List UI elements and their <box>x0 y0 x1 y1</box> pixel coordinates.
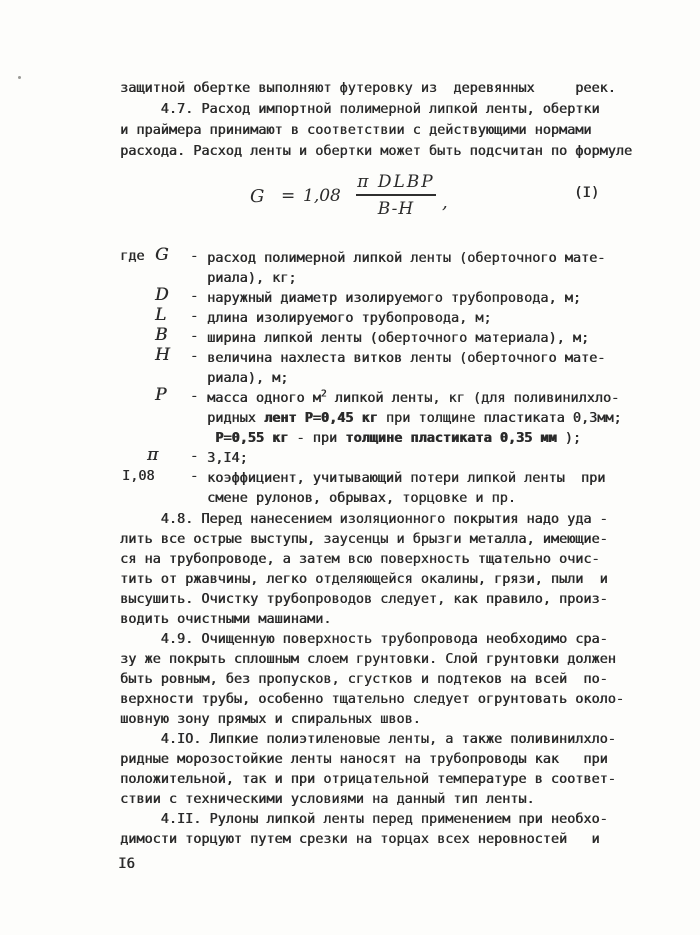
formula-comma: , <box>442 192 448 213</box>
formula-block: G = 1,08 π DLBP B-H , (I) <box>0 168 700 238</box>
text-line: и праймера принимают в соответствии с де… <box>120 120 665 141</box>
text-line: Р=0,55 кг - при толщине пластиката 0,35 … <box>207 428 645 448</box>
text-segment: - при <box>288 430 345 446</box>
definition-symbol: D <box>155 285 169 305</box>
text-line: риала), кг; <box>207 268 645 288</box>
text-line: величина нахлеста витков ленты (оберточн… <box>207 348 645 368</box>
text-line: димости торцуют путем срезки на торцах в… <box>120 829 665 849</box>
text-line: ширина липкой ленты (оберточного материа… <box>207 328 645 348</box>
formula-equals-sign: = <box>281 186 295 206</box>
text-line: расход полимерной липкой ленты (оберточн… <box>207 248 645 268</box>
paragraph-4-10: 4.IO. Липкие полиэтиленовые ленты, а так… <box>120 729 665 809</box>
definition-dash: - <box>190 468 198 484</box>
text-line: зу же покрыть сплошным слоем грунтовки. … <box>120 649 665 669</box>
text-line: ридных лент Р=0,45 кг при толщине пласти… <box>207 408 645 428</box>
definition-symbol: G <box>155 245 169 265</box>
paragraph-4-8: 4.8. Перед нанесением изоляционного покр… <box>120 509 665 629</box>
text-line: наружный диаметр изолируемого трубопрово… <box>207 288 645 308</box>
paragraph-4-11: 4.II. Рулоны липкой ленты перед применен… <box>120 809 665 849</box>
text-line: верхности трубы, особенно тщательно след… <box>120 689 665 709</box>
text-segment: масса одного м <box>207 390 321 406</box>
text-segment: липкой ленты, кг (для поливинилхло- <box>327 390 620 406</box>
text-line: положительной, так и при отрицательной т… <box>120 769 665 789</box>
definition-row: π-3,I4; <box>120 448 645 468</box>
definition-dash: - <box>190 448 198 464</box>
text-segment: при толщине пластиката 0,3мм; <box>378 410 622 426</box>
paragraph-4-9: 4.9. Очищенную поверхность трубопровода … <box>120 629 665 729</box>
text-line: лить все острые выступы, заусенцы и брыз… <box>120 529 665 549</box>
text-line: смене рулонов, обрывах, торцовке и пр. <box>207 488 645 508</box>
definition-dash: - <box>190 388 198 404</box>
text-line: 4.7. Расход импортной полимерной липкой … <box>120 99 665 120</box>
body-paragraphs: 4.8. Перед нанесением изоляционного покр… <box>120 509 665 849</box>
definition-symbol: B <box>155 325 168 345</box>
definition-dash: - <box>190 308 198 324</box>
text-line: 3,I4; <box>207 448 645 468</box>
definition-dash: - <box>190 328 198 344</box>
text-segment: ридных <box>207 410 264 426</box>
text-line: коэффициент, учитывающий потери липкой л… <box>207 468 645 488</box>
text-line: 4.8. Перед нанесением изоляционного покр… <box>120 509 665 529</box>
text-line: защитной обертке выполняют футеровку из … <box>120 78 665 99</box>
text-line: ридные морозостойкие ленты наносят на тр… <box>120 749 665 769</box>
text-line: шовную зону прямых и спиральных швов. <box>120 709 665 729</box>
document-page: защитной обертке выполняют футеровку из … <box>0 0 700 935</box>
definition-row: P-масса одного м2 липкой ленты, кг (для … <box>120 388 645 448</box>
formula-coefficient: 1,08 <box>303 186 341 206</box>
equation-number: (I) <box>574 185 599 201</box>
text-line: масса одного м2 липкой ленты, кг (для по… <box>207 388 645 408</box>
scan-artifact-dot <box>18 76 21 79</box>
text-line: расхода. Расход ленты и обертки может бы… <box>120 141 665 162</box>
definition-dash: - <box>190 348 198 364</box>
definition-symbol: H <box>155 345 170 365</box>
formula-lhs: G <box>250 186 264 207</box>
definition-row: D-наружный диаметр изолируемого трубопро… <box>120 288 645 308</box>
emphasized-text: толщине пластиката 0,35 мм <box>345 430 556 446</box>
text-line: 4.IO. Липкие полиэтиленовые ленты, а так… <box>120 729 665 749</box>
text-line: 4.9. Очищенную поверхность трубопровода … <box>120 629 665 649</box>
definition-row: B-ширина липкой ленты (оберточного матер… <box>120 328 645 348</box>
definition-dash: - <box>190 248 198 264</box>
emphasized-text: лент Р=0,45 кг <box>264 410 378 426</box>
text-line: ся на трубопроводе, а затем всю поверхно… <box>120 549 665 569</box>
text-line: высушить. Очистку трубопроводов следует,… <box>120 589 665 609</box>
formula-denominator: B-H <box>356 196 436 219</box>
definition-symbol: I,08 <box>122 468 155 484</box>
definition-row: G-расход полимерной липкой ленты (оберто… <box>120 248 645 288</box>
definition-dash: - <box>190 288 198 304</box>
text-line: тить от ржавчины, легко отделяющейся ока… <box>120 569 665 589</box>
definition-row: H-величина нахлеста витков ленты (оберто… <box>120 348 645 388</box>
definition-symbol: P <box>155 385 166 405</box>
definition-row: L-длина изолируемого трубопровода, м; <box>120 308 645 328</box>
definitions-list: где G-расход полимерной липкой ленты (об… <box>120 248 645 508</box>
text-line: быть ровным, без пропусков, сгустков и п… <box>120 669 665 689</box>
definition-row: I,08-коэффициент, учитывающий потери лип… <box>120 468 645 508</box>
definition-symbol: L <box>155 305 166 325</box>
text-segment: ); <box>557 430 581 446</box>
page-number: I6 <box>118 856 135 872</box>
text-line: длина изолируемого трубопровода, м; <box>207 308 645 328</box>
text-line: 4.II. Рулоны липкой ленты перед применен… <box>120 809 665 829</box>
definition-symbol: π <box>147 445 158 465</box>
text-line: ствии с техническими условиями на данный… <box>120 789 665 809</box>
text-line: риала), м; <box>207 368 645 388</box>
formula-numerator: π DLBP <box>356 172 436 196</box>
emphasized-text: Р=0,55 кг <box>215 430 288 446</box>
text-segment <box>207 430 215 446</box>
text-line: водить очистными машинами. <box>120 609 665 629</box>
formula-fraction: π DLBP B-H <box>356 172 436 219</box>
intro-paragraphs: защитной обертке выполняют футеровку из … <box>120 78 665 162</box>
